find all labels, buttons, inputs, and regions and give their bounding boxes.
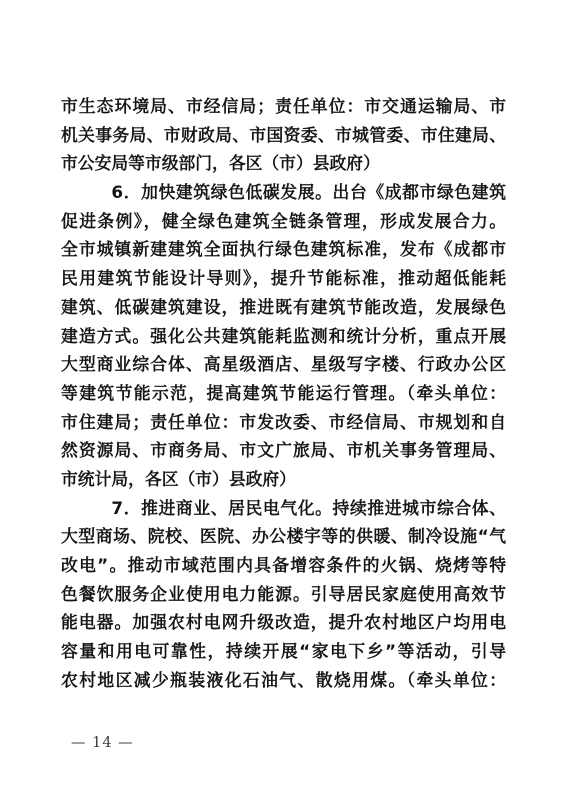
text-line-item-6-start: 6．加快建筑绿色低碳发展。出台《成都市绿色建筑 xyxy=(61,178,506,207)
text-line: 色餐饮服务企业使用电力能源。引导居民家庭使用高效节 xyxy=(61,580,506,609)
text-line: 农村地区减少瓶装液化石油气、散烧用煤。（牵头单位： xyxy=(61,666,506,695)
text-line: 全市城镇新建建筑全面执行绿色建筑标准，发布《成都市 xyxy=(61,235,506,264)
text-line: 等建筑节能示范，提高建筑节能运行管理。（牵头单位： xyxy=(61,379,506,408)
text-line: 能电器。加强农村电网升级改造，提升农村地区户均用电 xyxy=(61,608,506,637)
text-line: 大型商场、院校、医院、办公楼宇等的供暖、制冷设施“气 xyxy=(61,522,506,551)
text-line: 市生态环境局、市经信局；责任单位：市交通运输局、市 xyxy=(61,92,506,121)
text-line: 机关事务局、市财政局、市国资委、市城管委、市住建局、 xyxy=(61,121,506,150)
text-line-item-7-start: 7．推进商业、居民电气化。持续推进城市综合体、 xyxy=(61,494,506,523)
text-line: 容量和用电可靠性，持续开展“家电下乡”等活动，引导 xyxy=(61,637,506,666)
page-number: — 14 — xyxy=(71,735,134,751)
text-line: 促进条例》，健全绿色建筑全链条管理，形成发展合力。 xyxy=(61,207,506,236)
text-line: 市统计局，各区（市）县政府） xyxy=(61,465,506,494)
text-line: 改电”。推动市域范围内具备增容条件的火锅、烧烤等特 xyxy=(61,551,506,580)
text-line: 大型商业综合体、高星级酒店、星级写字楼、行政办公区 xyxy=(61,350,506,379)
text-line: 市公安局等市级部门，各区（市）县政府） xyxy=(61,149,506,178)
body-text-block: 市生态环境局、市经信局；责任单位：市交通运输局、市 机关事务局、市财政局、市国资… xyxy=(61,92,506,694)
text-line: 市住建局；责任单位：市发改委、市经信局、市规划和自 xyxy=(61,408,506,437)
text-line: 建造方式。强化公共建筑能耗监测和统计分析，重点开展 xyxy=(61,322,506,351)
text-line: 然资源局、市商务局、市文广旅局、市机关事务管理局、 xyxy=(61,436,506,465)
text-line: 民用建筑节能设计导则》，提升节能标准，推动超低能耗 xyxy=(61,264,506,293)
text-line: 建筑、低碳建筑建设，推进既有建筑节能改造，发展绿色 xyxy=(61,293,506,322)
document-page: 市生态环境局、市经信局；责任单位：市交通运输局、市 机关事务局、市财政局、市国资… xyxy=(0,0,566,800)
